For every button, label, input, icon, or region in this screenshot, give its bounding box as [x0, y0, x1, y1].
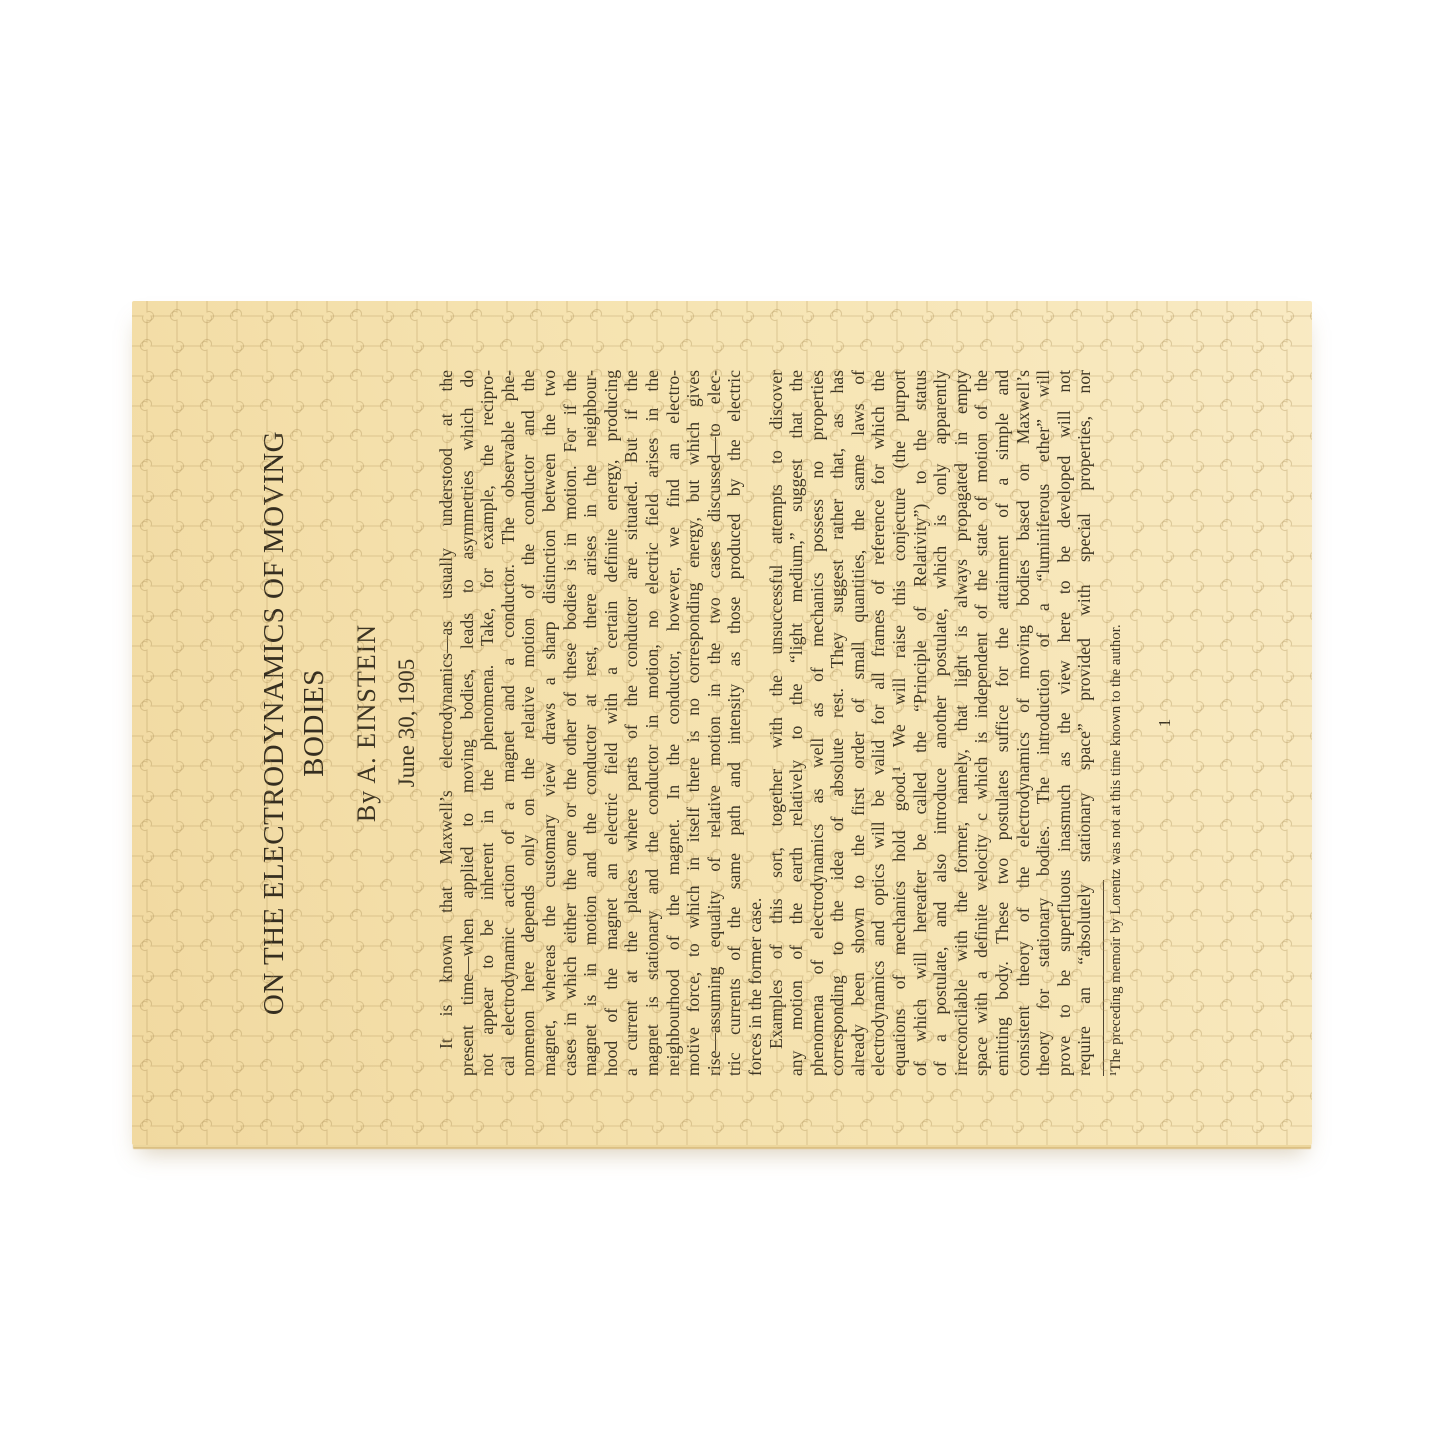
body-text-line: corresponding to the idea of absolute re… [827, 370, 848, 1076]
body-text-line: consistent theory of the electrodynamics… [1013, 370, 1034, 1076]
body-text-line: cal electrodynamic action of a magnet an… [498, 370, 519, 1076]
body-text-line: prove to be superfluous inasmuch as the … [1054, 370, 1075, 1076]
body-text-line: equations of mechanics hold good.¹ We wi… [889, 370, 910, 1076]
paper-date: June 30, 1905 [394, 370, 420, 1076]
body-text-line: tric currents of the same path and inten… [724, 370, 745, 1076]
body-text-line: of a postulate, and also introduce anoth… [930, 370, 951, 1076]
body-text-line: require an “absolutely stationary space”… [1074, 370, 1095, 1076]
paper-body: It is known that Maxwell’s electrodynami… [436, 370, 1095, 1076]
paper-page: ON THE ELECTRODYNAMICS OF MOVINGBODIES B… [132, 301, 1312, 1145]
body-text-line: neighbourhood of the magnet. In the cond… [663, 370, 684, 1076]
page-number: 1 [1155, 370, 1175, 1076]
body-text-line: hood of the magnet an electric field wit… [601, 370, 622, 1076]
body-text-line: Examples of this sort, together with the… [766, 370, 787, 1076]
paper-content: ON THE ELECTRODYNAMICS OF MOVINGBODIES B… [132, 301, 1175, 1145]
paper-title-line1: ON THE ELECTRODYNAMICS OF MOVING [258, 431, 290, 1015]
footnote: ¹The preceding memoir by Lorentz was not… [1108, 370, 1125, 1076]
body-text-line: not appear to be inherent in the phenome… [477, 370, 498, 1076]
body-text-line: already been shown to the first order of… [848, 370, 869, 1076]
jigsaw-puzzle: ON THE ELECTRODYNAMICS OF MOVINGBODIES B… [132, 301, 1312, 1145]
body-text-line: magnet is stationary and the conductor i… [642, 370, 663, 1076]
paper-byline: By A. EINSTEIN [352, 370, 382, 1076]
body-text-line: phenomena of electrodynamics as well as … [807, 370, 828, 1076]
body-text-line: space with a definite velocity c which i… [971, 370, 992, 1076]
product-photo-background: ON THE ELECTRODYNAMICS OF MOVINGBODIES B… [0, 0, 1445, 1445]
body-text-line: It is known that Maxwell’s electrodynami… [436, 370, 457, 1076]
body-text-line: electrodynamics and optics will be valid… [868, 370, 889, 1076]
body-text-line: cases in which either the one or the oth… [560, 370, 581, 1076]
body-text-line: motive force, to which in itself there i… [683, 370, 704, 1076]
body-text-line: present time—when applied to moving bodi… [457, 370, 478, 1076]
body-text-line: emitting body. These two postulates suff… [992, 370, 1013, 1076]
footnote-rule [1103, 880, 1104, 1076]
body-text-line: rise—assuming equality of relative motio… [704, 370, 725, 1076]
body-text-line: magnet, whereas the customary view draws… [539, 370, 560, 1076]
paper-title: ON THE ELECTRODYNAMICS OF MOVINGBODIES [254, 370, 334, 1076]
body-text-line: irreconcilable with the former, namely, … [951, 370, 972, 1076]
body-text-line: forces in the former case. [745, 370, 766, 1076]
body-text-line: of which will hereafter be called the “P… [910, 370, 931, 1076]
body-text-line: a current at the places where parts of t… [621, 370, 642, 1076]
body-text-line: theory for stationary bodies. The introd… [1033, 370, 1054, 1076]
body-text-line: any motion of the earth relatively to th… [786, 370, 807, 1076]
paper-title-line2: BODIES [298, 669, 330, 777]
body-text-line: magnet is in motion and the conductor at… [580, 370, 601, 1076]
body-text-line: nomenon here depends only on the relativ… [518, 370, 539, 1076]
